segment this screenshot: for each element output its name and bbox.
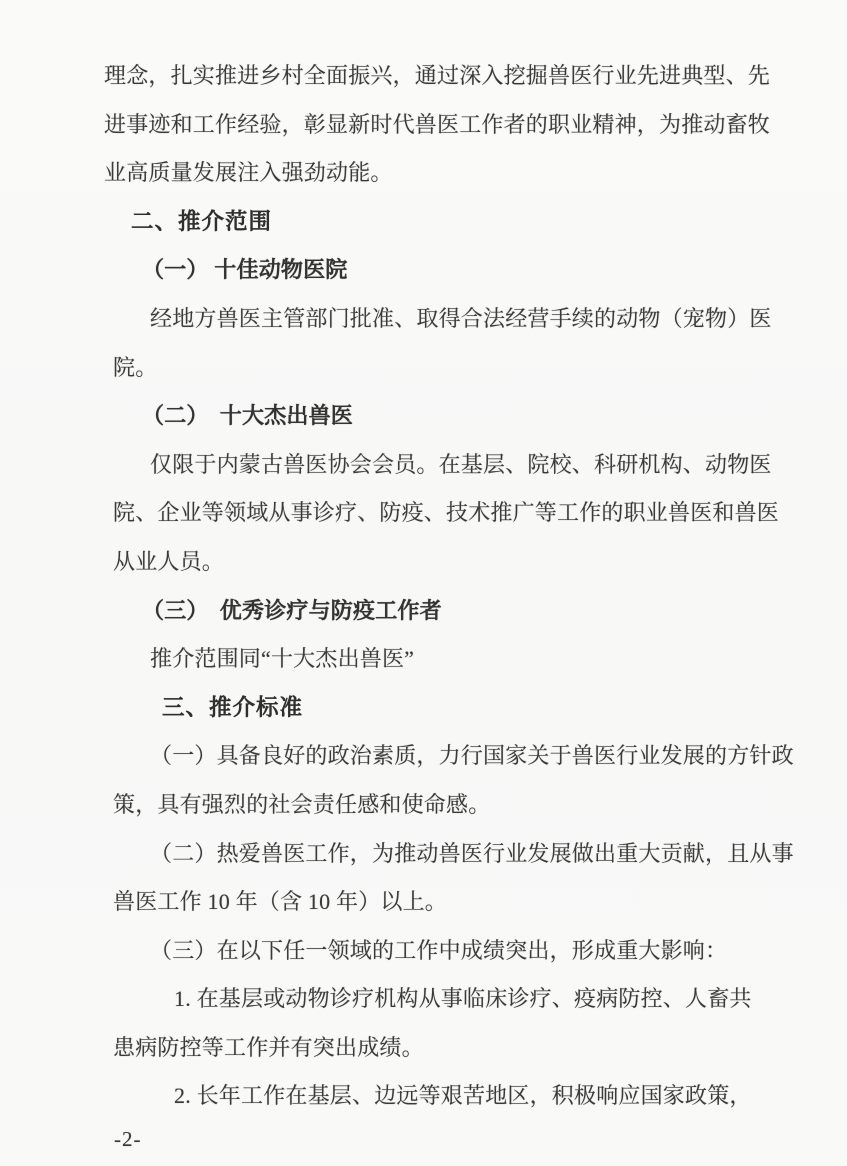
numbered-list-item: 1. 在基层或动物诊疗机构从事临床诊疗、疫病防控、人畜共 bbox=[104, 975, 772, 1024]
paragraph-line: 策，具有强烈的社会责任感和使命感。 bbox=[104, 781, 772, 830]
page-number: -2- bbox=[114, 1127, 142, 1152]
paragraph-line: 理念，扎实推进乡村全面振兴，通过深入挖掘兽医行业先进典型、先 bbox=[104, 52, 772, 101]
paragraph-line: 仅限于内蒙古兽医协会会员。在基层、院校、科研机构、动物医 bbox=[104, 441, 772, 490]
subsection-heading: （三） 优秀诊疗与防疫工作者 bbox=[104, 587, 772, 636]
section-heading: 二、推介范围 bbox=[104, 198, 772, 247]
subsection-heading: （二） 十大杰出兽医 bbox=[104, 392, 772, 441]
paragraph-line: 患病防控等工作并有突出成绩。 bbox=[104, 1024, 772, 1073]
numbered-list-item: 2. 长年工作在基层、边远等艰苦地区，积极响应国家政策， bbox=[104, 1072, 772, 1121]
paragraph-line: （三）在以下任一领域的工作中成绩突出，形成重大影响： bbox=[104, 927, 772, 976]
paragraph-line: 经地方兽医主管部门批准、取得合法经营手续的动物（宠物）医 bbox=[104, 295, 772, 344]
paragraph-line: 兽医工作 10 年（含 10 年）以上。 bbox=[104, 878, 772, 927]
paragraph-line: 进事迹和工作经验，彰显新时代兽医工作者的职业精神，为推动畜牧 bbox=[104, 101, 772, 150]
paragraph-line: 业高质量发展注入强劲动能。 bbox=[104, 149, 772, 198]
scanned-document-page: 理念，扎实推进乡村全面振兴，通过深入挖掘兽医行业先进典型、先 进事迹和工作经验，… bbox=[0, 0, 847, 1166]
paragraph-line: 院。 bbox=[104, 344, 772, 393]
paragraph-line: 推介范围同“十大杰出兽医” bbox=[104, 635, 772, 684]
paragraph-line: 从业人员。 bbox=[104, 538, 772, 587]
paragraph-line: （一）具备良好的政治素质，力行国家关于兽医行业发展的方针政 bbox=[104, 732, 772, 781]
section-heading: 三、推介标准 bbox=[104, 684, 772, 733]
paragraph-line: 院、企业等领域从事诊疗、防疫、技术推广等工作的职业兽医和兽医 bbox=[104, 489, 772, 538]
subsection-heading: （一） 十佳动物医院 bbox=[104, 246, 772, 295]
document-body: 理念，扎实推进乡村全面振兴，通过深入挖掘兽医行业先进典型、先 进事迹和工作经验，… bbox=[104, 52, 772, 1121]
paragraph-line: （二）热爱兽医工作，为推动兽医行业发展做出重大贡献，且从事 bbox=[104, 830, 772, 879]
